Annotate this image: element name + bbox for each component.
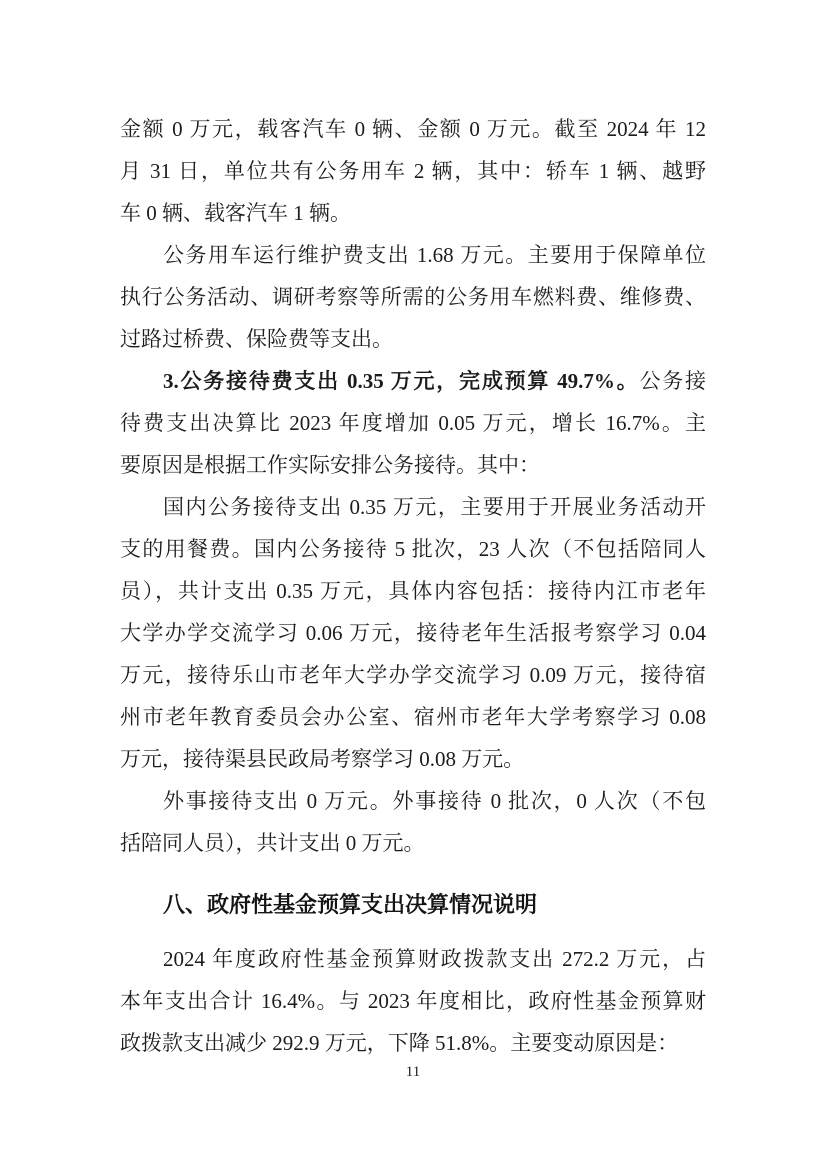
text-line: 员），共计支出 0.35 万元，具体内容包括：接待内江市老年 bbox=[120, 570, 706, 612]
text-line: 国内公务接待支出 0.35 万元，主要用于开展业务活动开 bbox=[120, 486, 706, 528]
text-segment: 公务用车运行维护费支出 1.68 万元。主要用于保障单位 bbox=[163, 243, 706, 267]
text-segment: 车 0 辆、载客汽车 1 辆。 bbox=[120, 201, 351, 225]
text-line: 括陪同人员），共计支出 0 万元。 bbox=[120, 822, 706, 864]
text-segment: 执行公务活动、调研考察等所需的公务用车燃料费、维修费、 bbox=[120, 285, 706, 309]
text-segment: 大学办学交流学习 0.06 万元，接待老年生活报考察学习 0.04 bbox=[120, 621, 706, 645]
bold-text-segment: 3.公务接待费支出 0.35 万元，完成预算 49.7%。 bbox=[163, 369, 639, 393]
text-line: 外事接待支出 0 万元。外事接待 0 批次，0 人次（不包 bbox=[120, 780, 706, 822]
text-segment: 国内公务接待支出 0.35 万元，主要用于开展业务活动开 bbox=[163, 495, 706, 519]
text-line: 支的用餐费。国内公务接待 5 批次，23 人次（不包括陪同人 bbox=[120, 528, 706, 570]
text-segment: 州市老年教育委员会办公室、宿州市老年大学考察学习 0.08 bbox=[120, 705, 706, 729]
text-line: 政拨款支出减少 292.9 万元，下降 51.8%。主要变动原因是： bbox=[120, 1022, 706, 1064]
text-segment: 待费支出决算比 2023 年度增加 0.05 万元，增长 16.7%。主 bbox=[120, 411, 706, 435]
text-line: 过路过桥费、保险费等支出。 bbox=[120, 318, 706, 360]
text-line: 执行公务活动、调研考察等所需的公务用车燃料费、维修费、 bbox=[120, 276, 706, 318]
text-segment: 支的用餐费。国内公务接待 5 批次，23 人次（不包括陪同人 bbox=[120, 537, 706, 561]
document-body: 金额 0 万元，载客汽车 0 辆、金额 0 万元。截至 2024 年 12月 3… bbox=[120, 108, 706, 1064]
text-line: 金额 0 万元，载客汽车 0 辆、金额 0 万元。截至 2024 年 12 bbox=[120, 108, 706, 150]
text-line: 车 0 辆、载客汽车 1 辆。 bbox=[120, 192, 706, 234]
text-line: 州市老年教育委员会办公室、宿州市老年大学考察学习 0.08 bbox=[120, 696, 706, 738]
text-segment: 金额 0 万元，载客汽车 0 辆、金额 0 万元。截至 2024 年 12 bbox=[120, 117, 706, 141]
text-line: 大学办学交流学习 0.06 万元，接待老年生活报考察学习 0.04 bbox=[120, 612, 706, 654]
text-segment: 万元，接待乐山市老年大学办学交流学习 0.09 万元，接待宿 bbox=[120, 663, 706, 687]
page-number: 11 bbox=[0, 1064, 826, 1081]
text-segment: 外事接待支出 0 万元。外事接待 0 批次，0 人次（不包 bbox=[163, 789, 706, 813]
text-line: 本年支出合计 16.4%。与 2023 年度相比，政府性基金预算财 bbox=[120, 980, 706, 1022]
text-segment: 本年支出合计 16.4%。与 2023 年度相比，政府性基金预算财 bbox=[120, 989, 706, 1013]
text-line: 要原因是根据工作实际安排公务接待。其中： bbox=[120, 444, 706, 486]
text-segment: 万元，接待渠县民政局考察学习 0.08 万元。 bbox=[120, 747, 524, 771]
text-segment: 员），共计支出 0.35 万元，具体内容包括：接待内江市老年 bbox=[120, 579, 706, 603]
text-line: 3.公务接待费支出 0.35 万元，完成预算 49.7%。公务接 bbox=[120, 360, 706, 402]
text-segment: 政拨款支出减少 292.9 万元，下降 51.8%。主要变动原因是： bbox=[120, 1031, 678, 1055]
text-segment: 公务接 bbox=[639, 369, 706, 393]
text-line: 万元，接待乐山市老年大学办学交流学习 0.09 万元，接待宿 bbox=[120, 654, 706, 696]
text-segment: 2024 年度政府性基金预算财政拨款支出 272.2 万元，占 bbox=[163, 947, 706, 971]
text-segment: 要原因是根据工作实际安排公务接待。其中： bbox=[120, 453, 540, 477]
text-segment: 过路过桥费、保险费等支出。 bbox=[120, 327, 393, 351]
document-page: 金额 0 万元，载客汽车 0 辆、金额 0 万元。截至 2024 年 12月 3… bbox=[0, 0, 826, 1169]
text-line: 月 31 日，单位共有公务用车 2 辆，其中：轿车 1 辆、越野 bbox=[120, 150, 706, 192]
text-line: 待费支出决算比 2023 年度增加 0.05 万元，增长 16.7%。主 bbox=[120, 402, 706, 444]
text-line: 万元，接待渠县民政局考察学习 0.08 万元。 bbox=[120, 738, 706, 780]
section-heading: 八、政府性基金预算支出决算情况说明 bbox=[120, 884, 706, 926]
text-segment: 括陪同人员），共计支出 0 万元。 bbox=[120, 831, 425, 855]
text-line: 2024 年度政府性基金预算财政拨款支出 272.2 万元，占 bbox=[120, 938, 706, 980]
text-segment: 月 31 日，单位共有公务用车 2 辆，其中：轿车 1 辆、越野 bbox=[120, 159, 706, 183]
text-line: 公务用车运行维护费支出 1.68 万元。主要用于保障单位 bbox=[120, 234, 706, 276]
